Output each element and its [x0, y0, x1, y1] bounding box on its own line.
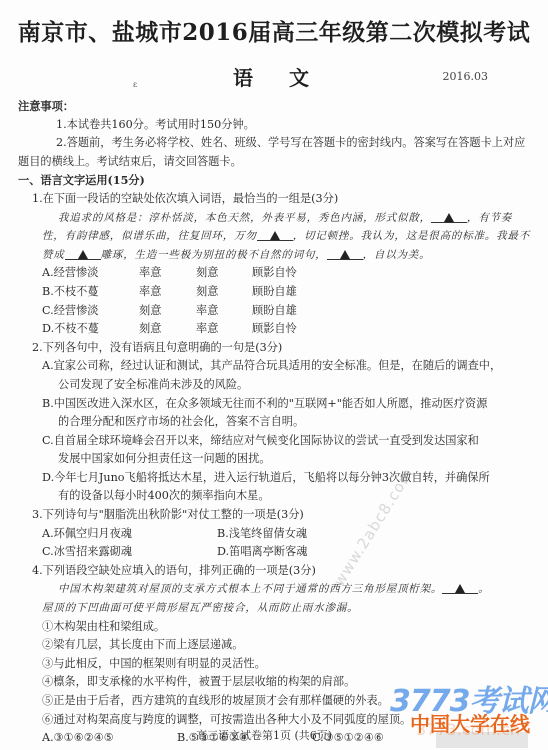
option-label: B.不枝不蔓 [42, 283, 139, 302]
note-item-1: 1.本试卷共160分。考试用时150分钟。 [0, 116, 548, 135]
triangle-icon [78, 250, 88, 259]
q2-option-a-cont: 公司发现了安全标准尚未涉及的风险。 [0, 376, 548, 395]
option-word: 刻意 [196, 283, 252, 302]
q1-passage-line-1: 我追求的风格是：淳朴恬淡，本色天然，外表平易，秀色内涵，形式似散，，有节奏 [0, 209, 548, 228]
q1-passage-text: ，自以为美。 [363, 249, 431, 261]
option-word: 顾盼自雄 [252, 283, 332, 302]
q1-option-b: B.不枝不蔓 率意 刻意 顾盼自雄 [0, 283, 548, 302]
answer-blank [327, 247, 363, 260]
exam-page: 南京市、盐城市2016届高三年级第二次模拟考试 ε 语文 2016.03 注意事… [0, 0, 548, 750]
q1-passage-text: 雕琢，生造一些极为别扭的极不自然的词句， [101, 249, 327, 261]
q3-option-a: A.环佩空归月夜魂 [42, 525, 217, 544]
q2-option-b-cont: 的合理分配和医疗市场的社会化，答案不言自明。 [0, 413, 548, 432]
option-label: D.不枝不蔓 [42, 320, 139, 339]
answer-blank [257, 228, 293, 241]
q2-option-d: D.今年七月Juno飞船将抵达木星，进入运行轨道后，飞船将以每分钟3次做自转，并… [0, 469, 548, 488]
exam-date: 2016.03 [443, 70, 489, 83]
q4-item-1: ①木构架由柱和梁组成。 [0, 618, 548, 637]
option-word: 率意 [139, 283, 196, 302]
q3-option-b: B.浅笔终留倩女魂 [217, 527, 307, 540]
note-item-2-cont: 题目的横线上。考试结束后，请交回答题卡。 [0, 153, 548, 172]
q1-passage-text: 赞成 [42, 249, 65, 261]
q1-passage-line-2: 性，有韵律感，似谱乐曲，往复回环，万勿，切记顿挫。我认为，这是很高的标准。我最不 [0, 227, 548, 246]
answer-blank [442, 581, 478, 594]
q3-stem: 3.下列诗句与"胭脂洗出秋阶影"对仗工整的一项是(3分) [0, 506, 548, 525]
option-word: 率意 [139, 264, 196, 283]
q2-stem: 2.下列各句中，没有语病且句意明确的一句是(3分) [0, 339, 548, 358]
q2-option-b: B.中国医改进入深水区，在众多领域无往而不利的"互联网+"能否如人所愿，推动医疗… [0, 395, 548, 414]
q4-stem: 4.下列语段空缺处应填入的语句，排列正确的一项是(3分) [0, 562, 548, 581]
q2-option-a: A.宜家公司称，经过认证和测试，其产品符合玩具适用的安全标准。但是，在随后的调查… [0, 357, 548, 376]
q3-options-row-1: A.环佩空归月夜魂B.浅笔终留倩女魂 [0, 525, 548, 544]
q2-option-c-cont: 发展中国家如何分担责任这一问题的困扰。 [0, 450, 548, 469]
watermark-logo-cn: 中国大学在线 [410, 708, 530, 737]
q1-option-a: A.经营惨淡 率意 刻意 顾影自怜 [0, 264, 548, 283]
q4-passage-end: 。 [478, 583, 489, 595]
note-item-2: 2.答题前，考生务必将学校、姓名、班级、学号写在答题卡的密封线内。答案写在答题卡… [0, 134, 548, 153]
q4-passage-text: 中国木构架建筑对屋顶的支承方式根本上不同于通常的西方三角形屋顶桁架。 [58, 583, 442, 595]
q4-item-3: ③与此相反，中国的框架则有明显的灵活性。 [0, 655, 548, 674]
triangle-icon [455, 584, 465, 593]
option-word: 顾影自怜 [252, 264, 332, 283]
option-word: 顾盼自雄 [252, 302, 332, 321]
triangle-icon [340, 250, 350, 259]
option-label: C.经营惨淡 [42, 302, 139, 321]
notes-heading: 注意事项： [0, 97, 548, 116]
q2-option-c: C.自首届全球环境峰会召开以来，缔结应对气候变化国际协议的尝试一直受到发达国家和 [0, 432, 548, 451]
q4-item-2: ②梁有几层，其长度由下而上逐层递减。 [0, 636, 548, 655]
exam-body: 注意事项： 1.本试卷共160分。考试用时150分钟。 2.答题前，考生务必将学… [0, 97, 548, 748]
q2-option-d-cont: 有的设备以每小时400次的频率指向木星。 [0, 487, 548, 506]
answer-blank [65, 247, 101, 260]
q1-passage-text: ，有节奏 [467, 212, 512, 224]
q3-option-c: C.冰雪招来露砌魂 [42, 543, 217, 562]
option-word: 刻意 [139, 320, 196, 339]
q1-option-c: C.经营惨淡 刻意 率意 顾盼自雄 [0, 302, 548, 321]
q1-stem: 1.在下面一段话的空缺处依次填入词语，最恰当的一组是(3分) [0, 190, 548, 209]
option-word: 率意 [196, 302, 252, 321]
q1-passage-text: 我追求的风格是：淳朴恬淡，本色天然，外表平易，秀色内涵，形式似散， [58, 212, 431, 224]
q1-option-d: D.不枝不蔓 刻意 率意 顾影自怜 [0, 320, 548, 339]
q4-passage-line-2: 屋顶的下凹曲面可使平筒形屋瓦严密接合，从而防止雨水渗漏。 [0, 599, 548, 618]
option-word: 刻意 [139, 302, 196, 321]
option-word: 刻意 [196, 264, 252, 283]
option-word: 顾影自怜 [252, 320, 332, 339]
triangle-icon [270, 231, 280, 240]
section-heading: 一、语言文字运用(15分) [0, 171, 548, 190]
watermark-logo: 3773考试网 3773.com.cn 中国大学在线 [390, 676, 548, 750]
q4-passage-line-1: 中国木构架建筑对屋顶的支承方式根本上不同于通常的西方三角形屋顶桁架。。 [0, 580, 548, 599]
q1-passage-text: ，切记顿挫。我认为，这是很高的标准。我最不 [293, 230, 530, 242]
q1-passage-line-3: 赞成雕琢，生造一些极为别扭的极不自然的词句，，自以为美。 [0, 246, 548, 265]
q3-option-d: D.笛唱离亭断客魂 [217, 545, 307, 558]
q1-passage-text: 性，有韵律感，似谱乐曲，往复回环，万勿 [42, 230, 257, 242]
option-word: 率意 [196, 320, 252, 339]
answer-blank [431, 210, 467, 223]
q3-options-row-2: C.冰雪招来露砌魂D.笛唱离亭断客魂 [0, 543, 548, 562]
exam-title: 南京市、盐城市2016届高三年级第二次模拟考试 [0, 14, 548, 47]
triangle-icon [444, 213, 454, 222]
option-label: A.经营惨淡 [42, 264, 139, 283]
